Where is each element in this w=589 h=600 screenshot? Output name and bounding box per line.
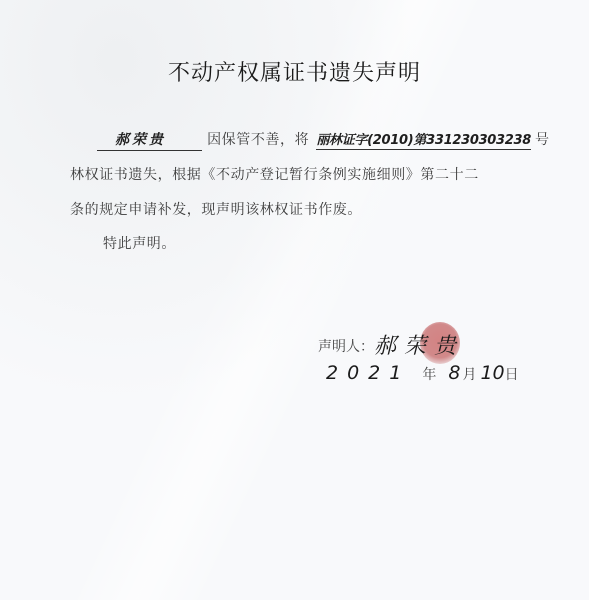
paragraph-line-1: 郝荣贵 因保管不善，将 丽林证字(2010)第331230303238号 [97,129,550,151]
handwritten-certificate-number: 丽林证字(2010)第331230303238 [316,129,531,150]
paragraph-text-a: 因保管不善，将 [207,132,309,148]
date-year: 2021 [326,362,410,384]
date-day-label: 日 [505,367,519,383]
date-month-label: 月 [462,367,476,383]
paragraph-text-b: 号 [535,132,550,148]
declarant-signature: 郝荣贵 [374,334,464,359]
document-page: 不动产权属证书遗失声明 郝荣贵 因保管不善，将 丽林证字(2010)第33123… [0,0,589,600]
declarant-block: 声明人：郝荣贵 [318,327,464,358]
declaration-date: 2021年8月10日 [326,362,519,384]
handwritten-name: 郝荣贵 [97,129,202,151]
paragraph-line-3: 条的规定申请补发，现声明该林权证书作废。 [70,199,362,219]
declarant-label: 声明人： [318,339,374,355]
closing-statement: 特此声明。 [103,233,176,253]
date-day: 10 [480,362,504,384]
date-year-label: 年 [422,367,436,383]
document-title: 不动产权属证书遗失声明 [0,56,589,87]
date-month: 8 [448,362,460,384]
paragraph-line-2: 林权证书遗失，根据《不动产登记暂行条例实施细则》第二十二 [70,164,479,184]
